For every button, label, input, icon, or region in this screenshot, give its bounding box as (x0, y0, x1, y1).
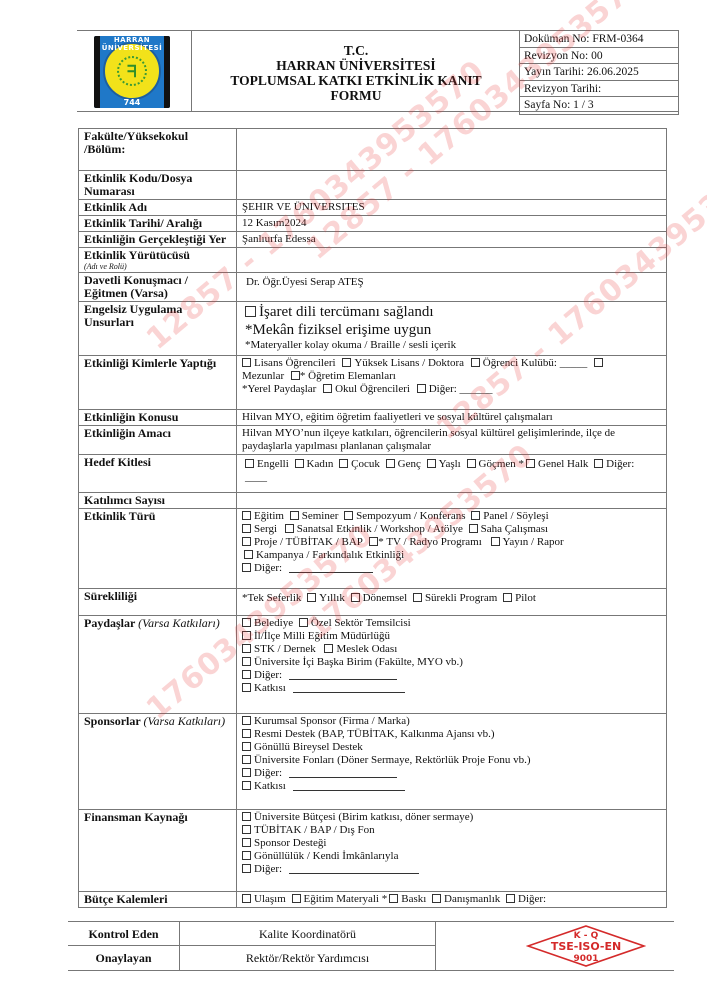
checkbox-icon[interactable] (244, 550, 253, 559)
topic-field[interactable]: Hilvan MYO, eğitim öğretim faaliyetleri … (237, 410, 667, 426)
logo-year: 744 (94, 98, 170, 107)
checkbox-icon[interactable] (242, 894, 251, 903)
checkbox-icon[interactable] (242, 825, 251, 834)
activity-code-field[interactable] (237, 171, 667, 200)
executor-field[interactable] (237, 248, 667, 273)
target-audience-options: Engelli Kadın Çocuk Genç Yaşlı Göçmen *G… (237, 455, 667, 493)
emblem-mark: ᖷ (127, 62, 136, 82)
document-number: Doküman No: FRM-0364 (520, 31, 678, 48)
accessibility-label: Engelsiz Uygulama Unsurları (79, 302, 237, 356)
purpose-label: Etkinliğin Amacı (79, 426, 237, 455)
checkbox-icon[interactable] (242, 781, 251, 790)
partners-with-options: Lisans Öğrencileri Yüksek Lisans / Dokto… (237, 356, 667, 410)
activity-date-label: Etkinlik Tarihi/ Aralığı (79, 216, 237, 232)
checkbox-icon[interactable] (594, 459, 603, 468)
approval-values: Kalite Koordinatörü Rektör/Rektör Yardım… (180, 922, 436, 970)
checkbox-icon[interactable] (307, 593, 316, 602)
checkbox-icon[interactable] (324, 644, 333, 653)
row-funding: Finansman Kaynağı Üniversite Bütçesi (Bi… (79, 810, 667, 892)
checkbox-icon[interactable] (245, 459, 254, 468)
checkbox-icon[interactable] (323, 384, 332, 393)
revision-date: Revizyon Tarihi: (520, 81, 678, 98)
checkbox-icon[interactable] (432, 894, 441, 903)
row-faculty: Fakülte/Yüksekokul /Bölüm: (79, 129, 667, 171)
accessibility-options: İşaret dili tercümanı sağlandı *Mekân fi… (237, 302, 667, 356)
checkbox-icon[interactable] (471, 358, 480, 367)
row-sponsors: Sponsorlar (Varsa Katkıları) Kurumsal Sp… (79, 714, 667, 810)
checkbox-icon[interactable] (503, 593, 512, 602)
evidence-form-table: Fakülte/Yüksekokul /Bölüm: Etkinlik Kodu… (78, 128, 667, 908)
approver-value: Rektör/Rektör Yardımcısı (180, 946, 435, 970)
checkbox-icon[interactable] (242, 563, 251, 572)
checkbox-icon[interactable] (242, 631, 251, 640)
executor-label: Etkinlik Yürütücüsü (Adı ve Rolü) (79, 248, 237, 273)
checkbox-icon[interactable] (242, 511, 251, 520)
checkbox-icon[interactable] (242, 768, 251, 777)
checkbox-icon[interactable] (285, 524, 294, 533)
accessibility-option[interactable]: İşaret dili tercümanı sağlandı (245, 303, 661, 321)
participant-count-label: Katılımcı Sayısı (79, 493, 237, 509)
checkbox-icon[interactable] (242, 729, 251, 738)
svg-text:TSE-ISO-EN: TSE-ISO-EN (551, 940, 621, 953)
page-number: Sayfa No: 1 / 3 (520, 97, 678, 114)
stakeholders-other-input[interactable] (289, 670, 397, 680)
document-header: ᖷ HARRAN ÜNİVERSİTESİ 744 T.C. HARRAN ÜN… (77, 30, 678, 112)
checkbox-icon[interactable] (342, 358, 351, 367)
row-activity-place: Etkinliğin Gerçekleştiği Yer Şanlıurfa E… (79, 232, 667, 248)
row-speaker: Davetli Konuşmacı / Eğitmen (Varsa) Dr. … (79, 273, 667, 302)
activity-type-options: Eğitim Seminer Sempozyum / Konferans Pan… (237, 509, 667, 589)
checkbox-icon[interactable] (290, 511, 299, 520)
funding-label: Finansman Kaynağı (79, 810, 237, 892)
checkbox-icon[interactable] (526, 459, 535, 468)
activity-date-field[interactable]: 12 Kasım2024 (237, 216, 667, 232)
activity-type-other-input[interactable] (289, 563, 373, 573)
tse-iso-certification-icon: K - Q TSE-ISO-EN 9001 (526, 924, 646, 968)
checkbox-icon[interactable] (469, 524, 478, 533)
checkbox-icon[interactable] (386, 459, 395, 468)
checkbox-icon[interactable] (242, 755, 251, 764)
control-label: Kontrol Eden (68, 922, 179, 946)
row-activity-date: Etkinlik Tarihi/ Aralığı 12 Kasım2024 (79, 216, 667, 232)
checkbox-icon[interactable] (242, 864, 251, 873)
checkbox-icon[interactable] (242, 683, 251, 692)
continuity-label: Sürekliliği (79, 589, 237, 616)
target-audience-other-blank[interactable]: ____ (245, 471, 267, 483)
row-budget-items: Bütçe Kalemleri Ulaşım Eğitim Materyali … (79, 892, 667, 908)
publish-date: Yayın Tarihi: 26.06.2025 (520, 64, 678, 81)
activity-type-label: Etkinlik Türü (79, 509, 237, 589)
stakeholders-label: Paydaşlar (Varsa Katkıları) (79, 616, 237, 714)
activity-code-label: Etkinlik Kodu/Dosya Numarası (79, 171, 237, 200)
checkbox-icon[interactable] (389, 894, 398, 903)
logo-cell: ᖷ HARRAN ÜNİVERSİTESİ 744 (77, 31, 192, 112)
checkbox-icon[interactable] (242, 851, 251, 860)
target-audience-label: Hedef Kitlesi (79, 455, 237, 493)
row-executor: Etkinlik Yürütücüsü (Adı ve Rolü) (79, 248, 667, 273)
checkbox-icon[interactable] (295, 459, 304, 468)
checkbox-icon[interactable] (242, 524, 251, 533)
stakeholders-contribution-input[interactable] (293, 683, 405, 693)
row-continuity: Sürekliliği *Tek Seferlik Yıllık Dönemse… (79, 589, 667, 616)
checkbox-icon[interactable] (242, 537, 251, 546)
document-meta: Doküman No: FRM-0364 Revizyon No: 00 Yay… (519, 30, 679, 115)
sponsors-label: Sponsorlar (Varsa Katkıları) (79, 714, 237, 810)
faculty-field[interactable] (237, 129, 667, 171)
logo-arc-text: HARRAN ÜNİVERSİTESİ (94, 36, 170, 52)
speaker-label: Davetli Konuşmacı / Eğitmen (Varsa) (79, 273, 237, 302)
activity-name-field[interactable]: ŞEHIR VE ÜNIVERSITES (237, 200, 667, 216)
checkbox-icon[interactable] (291, 371, 300, 380)
checkbox-icon[interactable] (594, 358, 603, 367)
checkbox-icon[interactable] (245, 306, 256, 317)
checkbox-icon[interactable] (242, 670, 251, 679)
approval-footer: Kontrol Eden Onaylayan Kalite Koordinatö… (68, 921, 674, 971)
sponsors-options: Kurumsal Sponsor (Firma / Marka) Resmi D… (237, 714, 667, 810)
executor-sublabel: (Adı ve Rolü) (84, 262, 231, 271)
activity-place-label: Etkinliğin Gerçekleştiği Yer (79, 232, 237, 248)
continuity-options: *Tek Seferlik Yıllık Dönemsel Sürekli Pr… (237, 589, 667, 616)
university-logo-icon: ᖷ HARRAN ÜNİVERSİTESİ 744 (94, 36, 170, 108)
partners-with-label: Etkinliği Kimlerle Yaptığı (79, 356, 237, 410)
budget-items-options: Ulaşım Eğitim Materyali *Baskı Danışmanl… (237, 892, 667, 908)
row-activity-code: Etkinlik Kodu/Dosya Numarası (79, 171, 667, 200)
checkbox-icon[interactable] (413, 593, 422, 602)
funding-other-input[interactable] (289, 864, 419, 874)
speaker-field[interactable]: Dr. Öğr.Üyesi Serap ATEŞ (237, 273, 667, 302)
row-partners-with: Etkinliği Kimlerle Yaptığı Lisans Öğrenc… (79, 356, 667, 410)
checkbox-icon[interactable] (242, 657, 251, 666)
checkbox-icon[interactable] (369, 537, 378, 546)
row-participant-count: Katılımcı Sayısı (79, 493, 667, 509)
checkbox-icon[interactable] (242, 742, 251, 751)
sponsors-contribution-input[interactable] (293, 781, 405, 791)
accessibility-option[interactable]: *Materyaller kolay okuma / Braille / ses… (245, 339, 661, 352)
topic-label: Etkinliğin Konusu (79, 410, 237, 426)
budget-items-label: Bütçe Kalemleri (79, 892, 237, 908)
checkbox-icon[interactable] (242, 358, 251, 367)
stakeholders-options: Belediye Özel Sektör Temsilcisi İl/İlçe … (237, 616, 667, 714)
checkbox-icon[interactable] (344, 511, 353, 520)
checkbox-icon[interactable] (242, 716, 251, 725)
row-activity-type: Etkinlik Türü Eğitim Seminer Sempozyum /… (79, 509, 667, 589)
accessibility-option[interactable]: *Mekân fiziksel erişime uygun (245, 321, 661, 339)
activity-name-label: Etkinlik Adı (79, 200, 237, 216)
row-stakeholders: Paydaşlar (Varsa Katkıları) Belediye Öze… (79, 616, 667, 714)
checkbox-icon[interactable] (427, 459, 436, 468)
activity-place-field[interactable]: Şanlıurfa Edessa (237, 232, 667, 248)
revision-number: Revizyon No: 00 (520, 48, 678, 65)
document-title: T.C. HARRAN ÜNİVERSİTESİ TOPLUMSAL KATKI… (193, 31, 519, 112)
row-topic: Etkinliğin Konusu Hilvan MYO, eğitim öğr… (79, 410, 667, 426)
checkbox-icon[interactable] (351, 593, 360, 602)
approver-label: Onaylayan (68, 946, 179, 970)
row-activity-name: Etkinlik Adı ŞEHIR VE ÜNIVERSITES (79, 200, 667, 216)
participant-count-field[interactable] (237, 493, 667, 509)
checkbox-icon[interactable] (467, 459, 476, 468)
svg-text:9001: 9001 (573, 954, 598, 964)
row-target-audience: Hedef Kitlesi Engelli Kadın Çocuk Genç Y… (79, 455, 667, 493)
approval-roles: Kontrol Eden Onaylayan (68, 922, 180, 970)
checkbox-icon[interactable] (339, 459, 348, 468)
funding-options: Üniversite Bütçesi (Birim katkısı, döner… (237, 810, 667, 892)
checkbox-icon[interactable] (471, 511, 480, 520)
checkbox-icon[interactable] (242, 618, 251, 627)
sponsors-other-input[interactable] (289, 768, 397, 778)
checkbox-icon[interactable] (292, 894, 301, 903)
checkbox-icon[interactable] (242, 644, 251, 653)
row-purpose: Etkinliğin Amacı Hilvan MYO’nun ilçeye k… (79, 426, 667, 455)
faculty-label: Fakülte/Yüksekokul /Bölüm: (79, 129, 237, 171)
checkbox-icon[interactable] (417, 384, 426, 393)
control-value: Kalite Koordinatörü (180, 922, 435, 946)
checkbox-icon[interactable] (491, 537, 500, 546)
row-accessibility: Engelsiz Uygulama Unsurları İşaret dili … (79, 302, 667, 356)
checkbox-icon[interactable] (299, 618, 308, 627)
purpose-field[interactable]: Hilvan MYO’nun ilçeye katkıları, öğrenci… (237, 426, 667, 455)
checkbox-icon[interactable] (242, 838, 251, 847)
checkbox-icon[interactable] (242, 812, 251, 821)
checkbox-icon[interactable] (506, 894, 515, 903)
